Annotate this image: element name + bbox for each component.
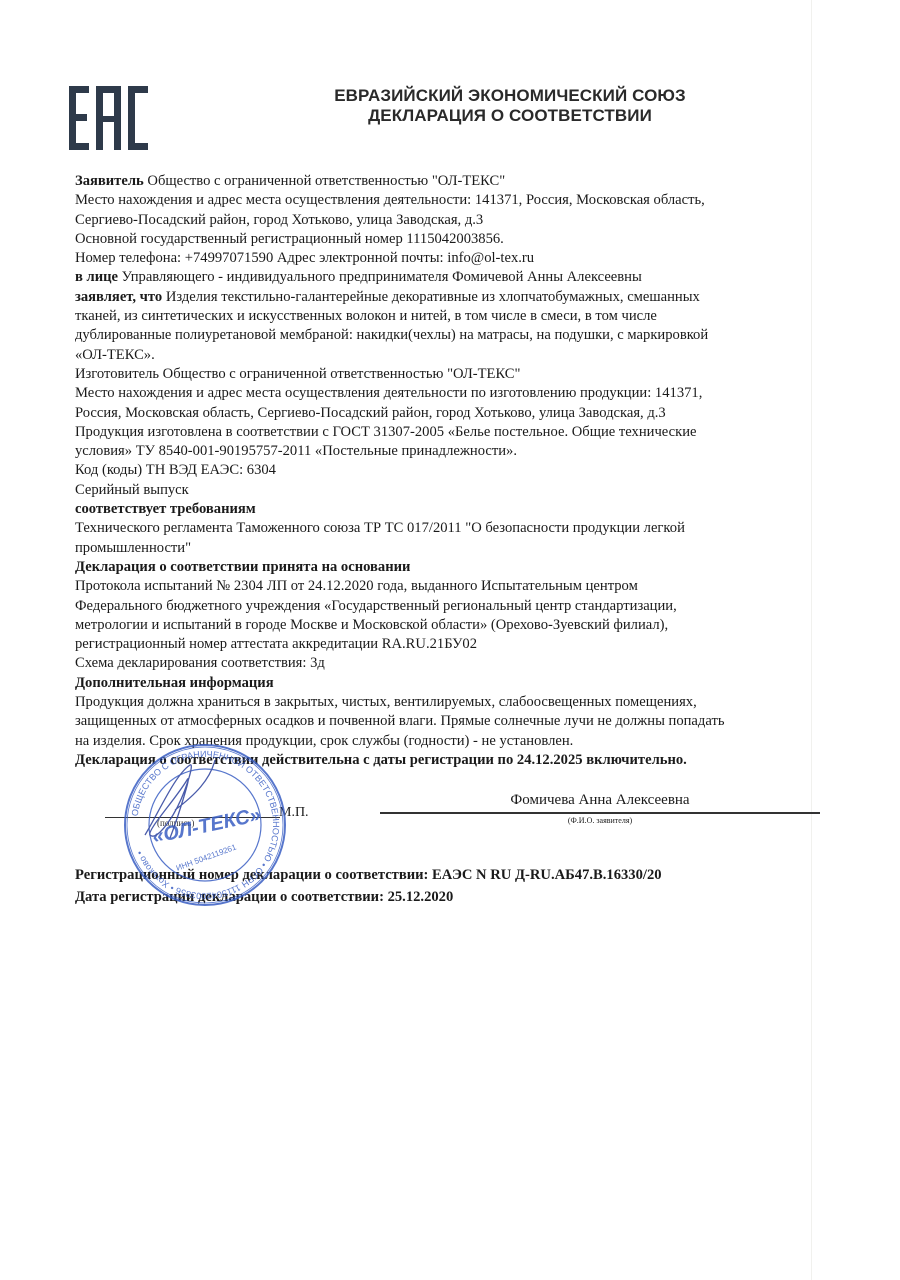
basis-line-3: метрологии и испытаний в городе Москве и… xyxy=(75,616,815,635)
eac-logo xyxy=(69,86,149,150)
represented-label: в лице xyxy=(75,269,118,285)
declaration-scheme: Схема декларирования соответствия: 3д xyxy=(75,654,815,673)
manufacturer-line-4: Продукция изготовлена в соответствии с Г… xyxy=(75,423,815,442)
declaration-title: ДЕКЛАРАЦИЯ О СООТВЕТСТВИИ xyxy=(220,106,800,126)
signer-name: Фомичева Анна Алексеевна xyxy=(380,792,820,809)
additional-line-3: на изделия. Срок хранения продукции, сро… xyxy=(75,732,815,751)
declares-line-3: дублированные полиуретановой мембраной: … xyxy=(75,326,815,345)
manufacturer-line-2: Место нахождения и адрес места осуществл… xyxy=(75,384,815,403)
declares-line-2: тканей, из синтетических и искусственных… xyxy=(75,307,815,326)
basis-line-2: Федерального бюджетного учреждения «Госу… xyxy=(75,597,815,616)
manufacturer-line-3: Россия, Московская область, Сергиево-Пос… xyxy=(75,404,815,423)
manufacturer-line-5: условия» ТУ 8540-001-90195757-2011 «Пост… xyxy=(75,442,815,461)
represented-line: в лице Управляющего - индивидуального пр… xyxy=(75,268,815,287)
registration-block: Регистрационный номер декларации о соотв… xyxy=(75,864,815,908)
registration-date: Дата регистрации декларации о соответств… xyxy=(75,886,815,908)
declares-label: заявляет, что xyxy=(75,289,162,305)
production-type: Серийный выпуск xyxy=(75,481,815,500)
declaration-body: Заявитель Общество с ограниченной ответс… xyxy=(75,172,815,770)
signer-block: Фомичева Анна Алексеевна (Ф.И.О. заявите… xyxy=(380,792,820,825)
basis-line-1: Протокола испытаний № 2304 ЛП от 24.12.2… xyxy=(75,577,815,596)
basis-line-4: регистрационный номер аттестата аккредит… xyxy=(75,635,815,654)
applicant-ogrn: Основной государственный регистрационный… xyxy=(75,230,815,249)
applicant-label: Заявитель xyxy=(75,173,144,189)
signer-line xyxy=(380,812,820,814)
applicant-name: Общество с ограниченной ответственностью… xyxy=(144,173,506,189)
additional-line-2: защищенных от атмосферных осадков и почв… xyxy=(75,712,815,731)
applicant-address-1: Место нахождения и адрес места осуществл… xyxy=(75,191,815,210)
declares-line-1: заявляет, что Изделия текстильно-галанте… xyxy=(75,288,815,307)
union-title: ЕВРАЗИЙСКИЙ ЭКОНОМИЧЕСКИЙ СОЮЗ xyxy=(220,86,800,106)
registration-number: Регистрационный номер декларации о соотв… xyxy=(75,864,815,886)
additional-line-1: Продукция должна храниться в закрытых, ч… xyxy=(75,693,815,712)
applicant-contacts: Номер телефона: +74997071590 Адрес элект… xyxy=(75,249,815,268)
conformity-heading: соответствует требованиям xyxy=(75,500,815,519)
signer-caption: (Ф.И.О. заявителя) xyxy=(380,816,820,825)
document-header: ЕВРАЗИЙСКИЙ ЭКОНОМИЧЕСКИЙ СОЮЗ ДЕКЛАРАЦИ… xyxy=(220,86,800,126)
represented-by: Управляющего - индивидуального предприни… xyxy=(118,269,642,285)
declares-line-4: «ОЛ-ТЕКС». xyxy=(75,346,815,365)
hs-code: Код (коды) ТН ВЭД ЕАЭС: 6304 xyxy=(75,461,815,480)
seal-label: М.П. xyxy=(279,805,309,821)
conformity-line-2: промышленности" xyxy=(75,539,815,558)
basis-heading: Декларация о соответствии принята на осн… xyxy=(75,558,815,577)
signature-caption: (подпись) xyxy=(157,818,194,828)
manufacturer-line-1: Изготовитель Общество с ограниченной отв… xyxy=(75,365,815,384)
additional-heading: Дополнительная информация xyxy=(75,674,815,693)
applicant-address-2: Сергиево-Посадский район, город Хотьково… xyxy=(75,211,815,230)
conformity-line-1: Технического регламента Таможенного союз… xyxy=(75,519,815,538)
validity-statement: Декларация о соответствии действительна … xyxy=(75,751,815,770)
applicant-line: Заявитель Общество с ограниченной ответс… xyxy=(75,172,815,191)
signature-block: (подпись) М.П. Фомичева Анна Алексеевна … xyxy=(75,790,825,850)
eac-mark-icon xyxy=(69,86,149,150)
